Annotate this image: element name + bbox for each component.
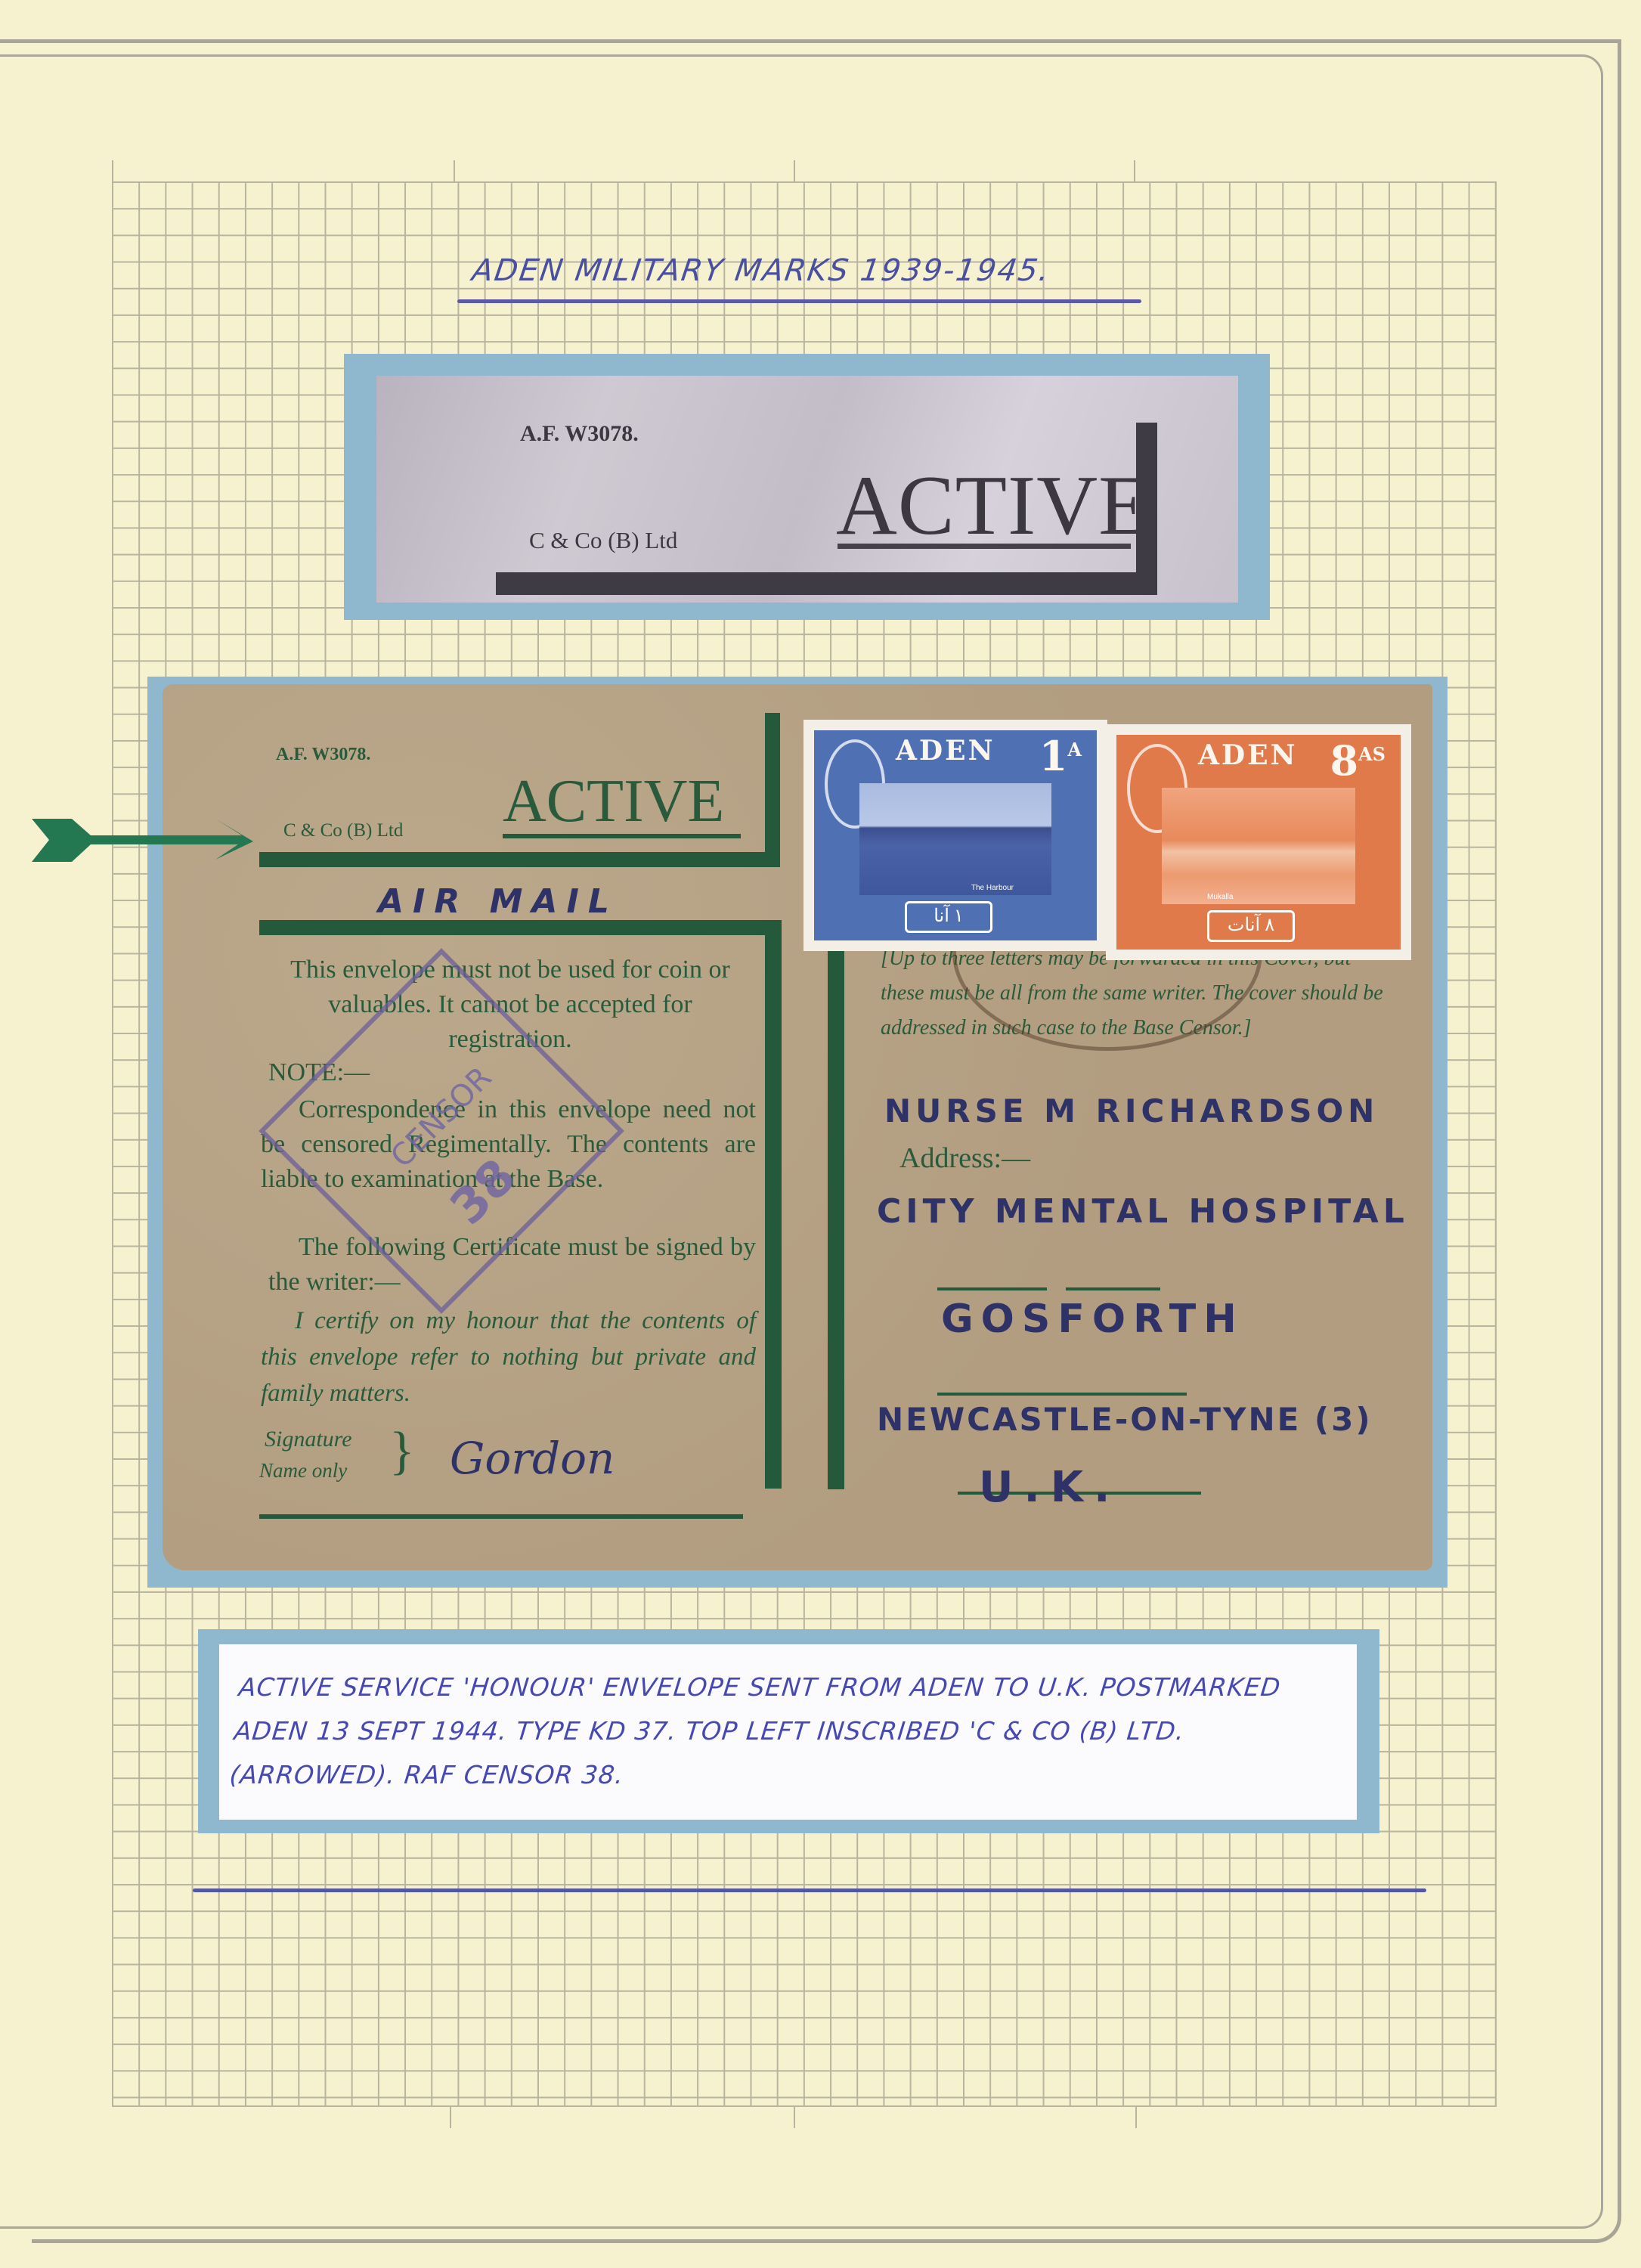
grid-tick	[794, 160, 795, 181]
bottom-ink-rule	[193, 1888, 1426, 1892]
addressee-name: Nurse M Richardson	[884, 1092, 1379, 1129]
stamp-value-unit: A	[1067, 739, 1082, 761]
stamp-country: ADEN	[1198, 739, 1298, 771]
signature-label: Signature	[265, 1427, 352, 1452]
envelope-printer-imprint: C & Co (B) Ltd	[283, 820, 403, 841]
address-rule	[937, 1287, 1047, 1290]
frame-bar	[259, 852, 766, 867]
envelope-form-number: A.F. W3078.	[276, 745, 370, 765]
frame-bar-vertical	[765, 920, 782, 1489]
stamp-arabic-value: ١ آنا	[905, 901, 992, 933]
frame-bar-vertical	[828, 945, 844, 1489]
address-line: Gosforth	[941, 1297, 1244, 1342]
writer-signature: Gordon	[450, 1433, 615, 1484]
stamp-8-annas: ADEN 8AS Mukalla ٨ آنات	[1106, 724, 1411, 960]
stamp-value: 8AS	[1330, 736, 1386, 785]
green-arrow-right-icon	[30, 813, 257, 866]
label-frame-bar	[1136, 423, 1157, 595]
harbour-scene	[859, 783, 1051, 895]
stamp-1-anna: ADEN 1A The Harbour ١ آنا	[803, 720, 1107, 951]
title-underline	[457, 299, 1141, 303]
heading-underline	[503, 834, 741, 838]
frame-bar	[765, 713, 780, 867]
stamp-value-number: 1	[1039, 732, 1068, 780]
address-label: Address:—	[899, 1142, 1030, 1175]
stamp-value-unit: AS	[1358, 743, 1386, 765]
signature-brace: }	[389, 1425, 415, 1478]
grid-tick	[1134, 160, 1135, 181]
stamp-value: 1A	[1039, 732, 1082, 780]
address-line: City Mental Hospital	[877, 1192, 1409, 1231]
stamp-scene-caption: Mukalla	[1207, 893, 1233, 901]
stamp-arabic-value: ٨ آنات	[1207, 910, 1295, 942]
grid-tick	[112, 160, 113, 181]
signature-line	[259, 1514, 743, 1519]
address-rule	[937, 1393, 1187, 1396]
grid-tick	[1135, 2107, 1137, 2128]
certificate-text: I certify on my honour that the contents…	[261, 1303, 756, 1411]
stamp-value-number: 8	[1330, 736, 1358, 785]
grid-tick	[794, 2107, 795, 2128]
envelope-active-heading: ACTIVE	[503, 767, 724, 836]
stamp-scene-caption: The Harbour	[971, 884, 1014, 892]
label-active-heading: ACTIVE	[836, 457, 1151, 555]
label-printer-imprint: C & Co (B) Ltd	[529, 527, 677, 554]
label-heading-underline	[838, 544, 1131, 549]
address-rule	[1066, 1287, 1160, 1290]
label-frame-bar	[496, 572, 1157, 595]
mukalla-scene	[1162, 788, 1355, 904]
caption-card: Active Service 'Honour' envelope sent fr…	[219, 1644, 1357, 1820]
page-title: Aden Military Marks 1939-1945.	[470, 253, 1155, 288]
manuscript-air-mail: Air Mail	[378, 882, 618, 921]
address-line: U.K.	[979, 1463, 1120, 1512]
label-form-number: A.F. W3078.	[520, 421, 639, 447]
frame-bar	[259, 920, 781, 935]
grid-tick	[454, 160, 455, 181]
active-label-cutout: A.F. W3078. C & Co (B) Ltd ACTIVE	[376, 376, 1238, 603]
address-line: Newcastle-on-Tyne (3)	[877, 1401, 1373, 1438]
caption-text: Active Service 'Honour' envelope sent fr…	[228, 1665, 1352, 1797]
grid-tick	[450, 2107, 451, 2128]
name-only-label: Name only	[259, 1459, 347, 1483]
stamp-country: ADEN	[896, 735, 995, 767]
